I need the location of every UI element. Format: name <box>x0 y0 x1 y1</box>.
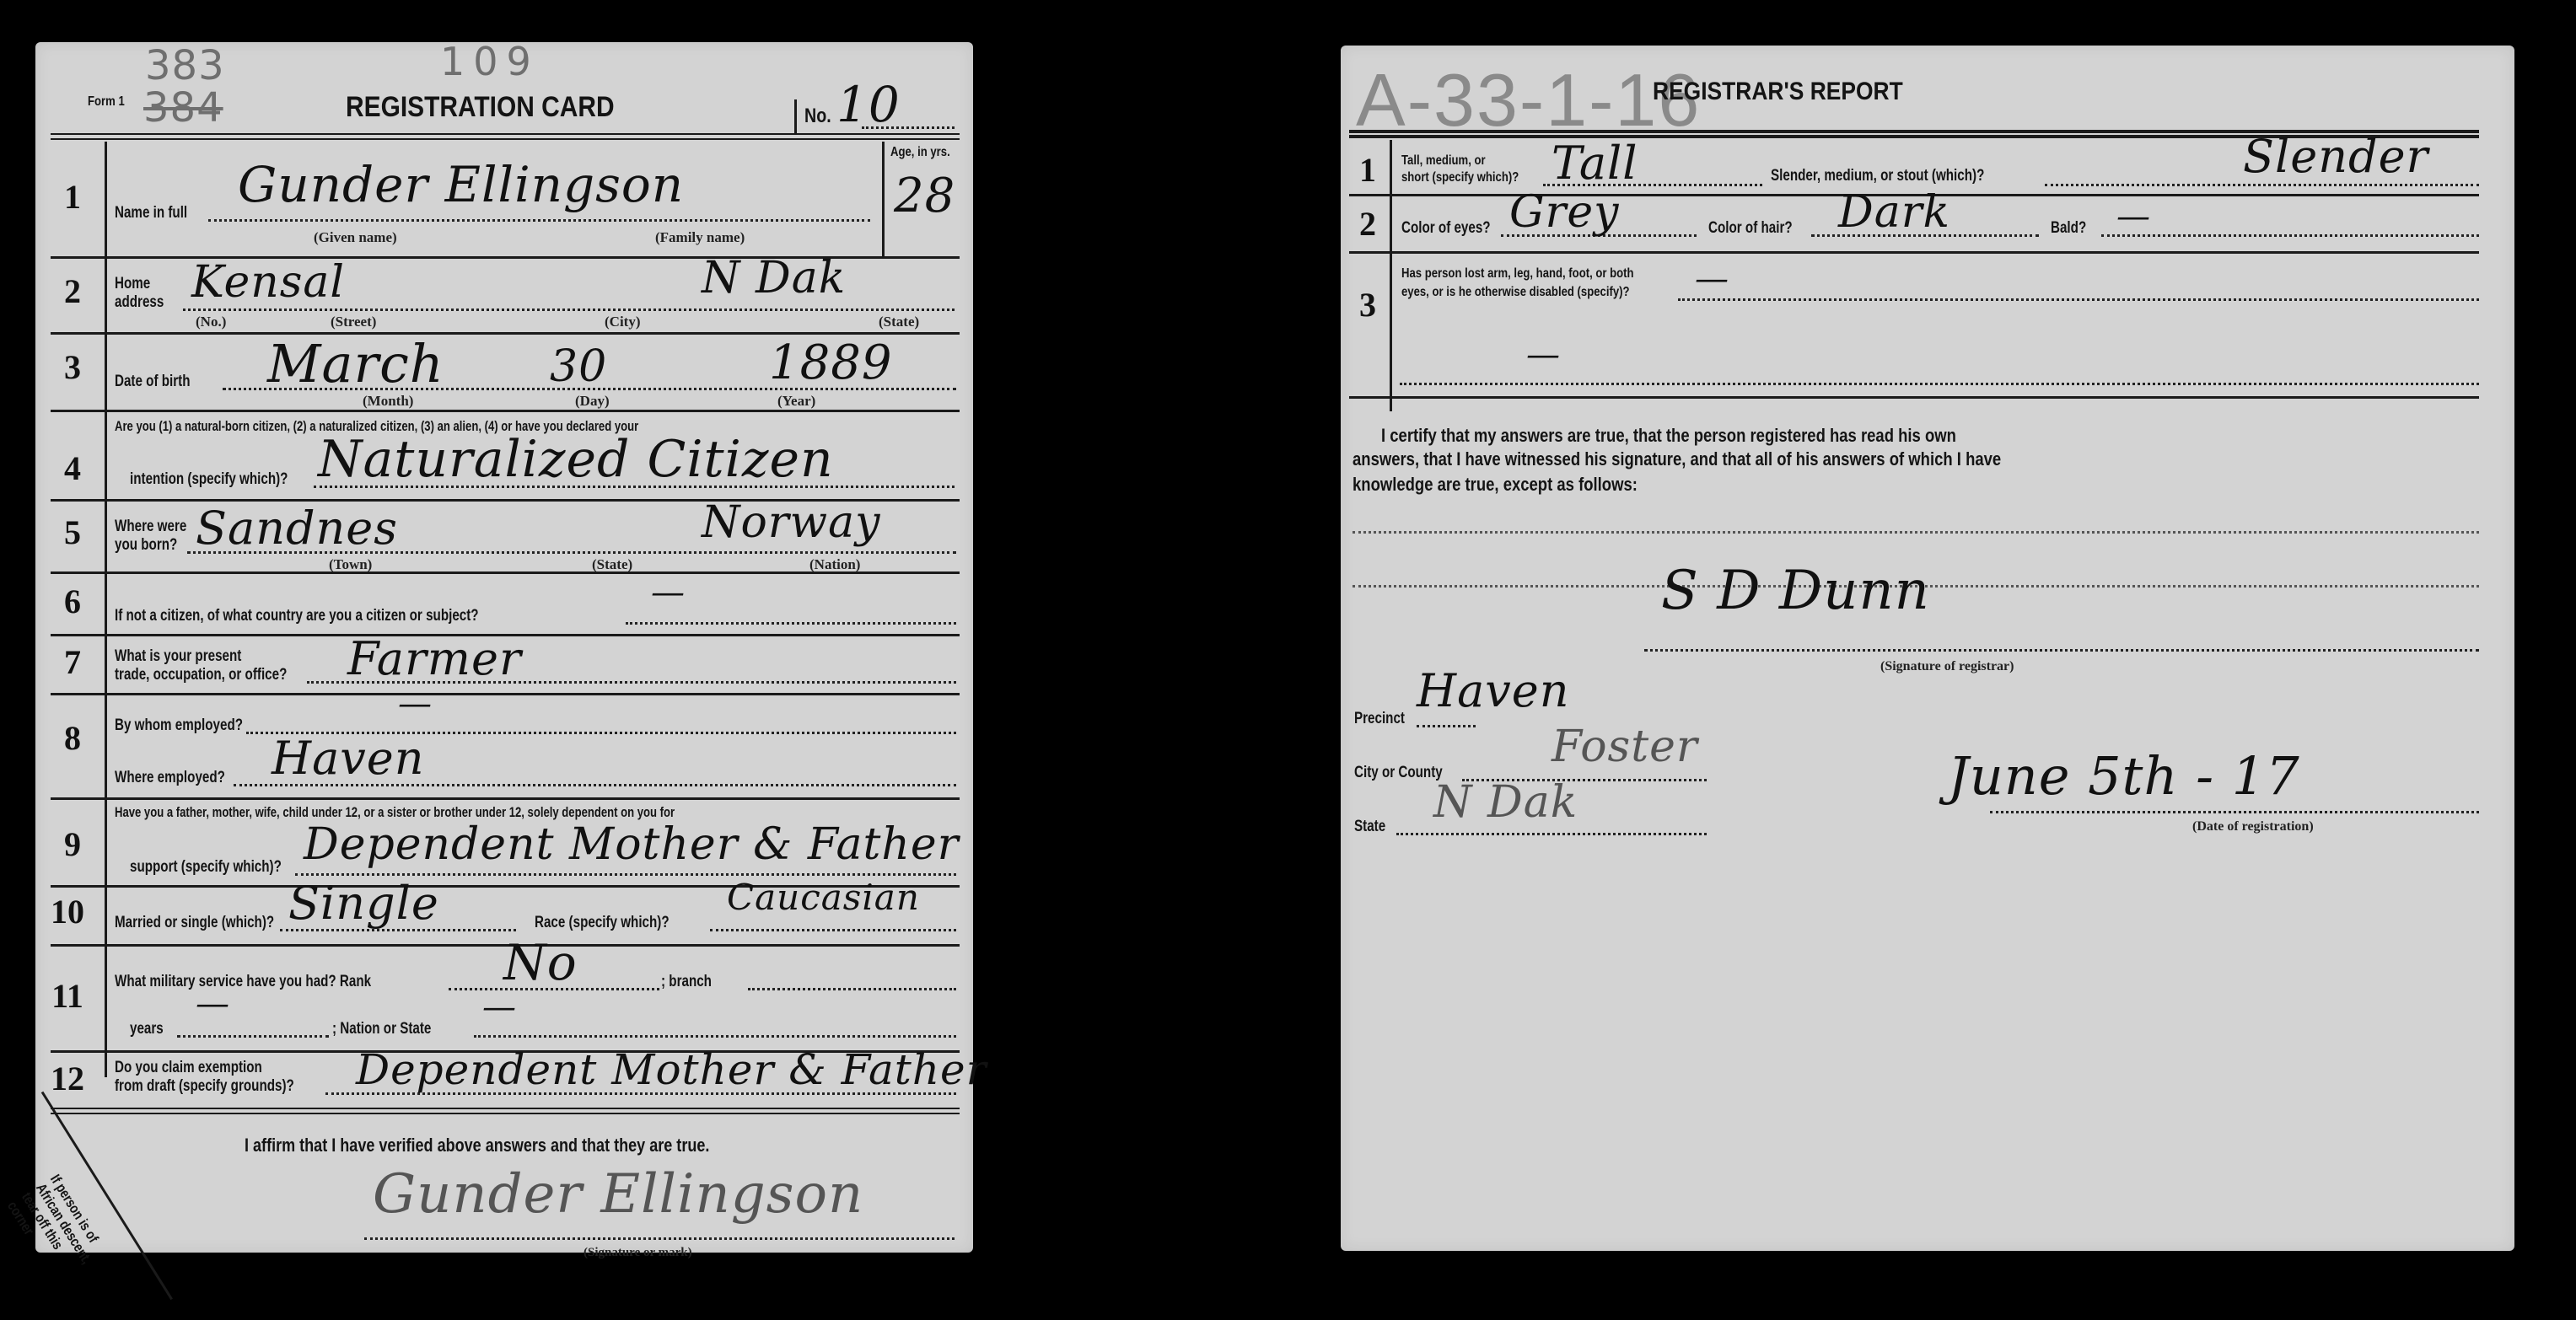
row-number: 8 <box>52 718 93 758</box>
marital-value: Single <box>288 877 439 930</box>
disability-value: — <box>1695 260 1729 298</box>
years-value: — <box>196 985 230 1023</box>
home-city-value: Kensal <box>191 257 345 308</box>
hair-color-label: Color of hair? <box>1708 219 1793 238</box>
home-address-label-2: address <box>115 293 164 312</box>
race-label: Race (specify which)? <box>535 914 670 932</box>
exemption-label: Do you claim exemption <box>115 1059 262 1077</box>
row-number: 2 <box>52 271 93 311</box>
disability-label-2: eyes, or is he otherwise disabled (speci… <box>1401 285 1630 300</box>
corner-number-struck: 384 <box>143 84 223 131</box>
nation-state-label: ; Nation or State <box>332 1020 431 1038</box>
exemption-label-2: from draft (specify grounds)? <box>115 1077 294 1096</box>
caption-no: (No.) <box>196 314 226 330</box>
row-number: 6 <box>52 582 93 621</box>
registration-number: 10 <box>836 76 901 133</box>
caption-city: (City) <box>605 314 640 330</box>
employer-label: By whom employed? <box>115 716 243 735</box>
row-number: 3 <box>52 347 93 387</box>
row-number: 1 <box>1347 150 1388 190</box>
employer-value: — <box>398 684 433 723</box>
caption-year: (Year) <box>777 393 815 410</box>
eye-color-label: Color of eyes? <box>1401 219 1491 238</box>
occupation-label: What is your present <box>115 647 241 666</box>
dependents-value: Dependent Mother & Father <box>304 819 959 870</box>
marital-label: Married or single (which)? <box>115 914 274 932</box>
registration-card: 383 384 109 Form 1 REGISTRATION CARD No.… <box>35 42 973 1253</box>
state-label: State <box>1354 818 1385 836</box>
certify-line-1: I certify that my answers are true, that… <box>1381 425 1956 447</box>
certify-line-3: knowledge are true, except as follows: <box>1353 474 1638 496</box>
precinct-value: Haven <box>1417 664 1570 717</box>
citizenship-label: intention (specify which)? <box>130 470 288 489</box>
not-citizen-label: If not a citizen, of what country are yo… <box>115 607 479 625</box>
nation-state-value: — <box>482 988 517 1027</box>
registration-date-value: June 5th - 17 <box>1948 745 2300 807</box>
no-label: No. <box>804 105 831 128</box>
report-title: REGISTRAR'S REPORT <box>1653 78 1903 106</box>
row-number: 9 <box>52 824 93 864</box>
dob-month: March <box>267 333 444 394</box>
affirmation-text: I affirm that I have verified above answ… <box>245 1135 709 1156</box>
age-label: Age, in yrs. <box>890 145 950 160</box>
caption-month: (Month) <box>363 393 413 410</box>
city-county-label: City or County <box>1354 764 1443 782</box>
registrars-report-card: A-33-1-16 REGISTRAR'S REPORT 1 Tall, med… <box>1341 46 2514 1251</box>
hair-color-value: Dark <box>1838 187 1950 238</box>
certify-line-2: answers, that I have witnessed his signa… <box>1353 448 2001 470</box>
caption-street: (Street) <box>331 314 376 330</box>
registration-date-caption: (Date of registration) <box>2192 819 2314 834</box>
military-rank-value: No <box>503 934 578 991</box>
card-title: REGISTRATION CARD <box>346 91 615 124</box>
row-number: 1 <box>52 177 93 217</box>
registrant-signature: Gunder Ellingson <box>373 1163 863 1226</box>
name-value: Gunder Ellingson <box>238 156 684 213</box>
height-label: Tall, medium, or <box>1401 153 1486 169</box>
state-value: N Dak <box>1433 777 1578 828</box>
height-value: Tall <box>1552 137 1638 190</box>
where-employed-value: Haven <box>272 732 425 785</box>
caption-birth-state: (State) <box>592 556 632 573</box>
bald-label: Bald? <box>2051 219 2086 238</box>
birth-nation: Norway <box>702 497 881 548</box>
caption-day: (Day) <box>575 393 610 410</box>
name-label: Name in full <box>115 204 187 223</box>
disability-label: Has person lost arm, leg, hand, foot, or… <box>1401 266 1634 282</box>
occupation-value: Farmer <box>347 632 522 685</box>
row-number: 10 <box>47 892 88 931</box>
build-label: Slender, medium, or stout (which)? <box>1771 167 1984 185</box>
dob-label: Date of birth <box>115 373 191 391</box>
dependents-label: support (specify which)? <box>130 858 282 877</box>
citizenship-value: Naturalized Citizen <box>318 430 834 489</box>
years-label: years <box>130 1020 164 1038</box>
caption-nation: (Nation) <box>809 556 860 573</box>
race-value: Caucasian <box>727 877 920 918</box>
home-state-value: N Dak <box>702 253 846 303</box>
caption-given-name: (Given name) <box>314 229 397 246</box>
bald-value: — <box>2116 197 2151 236</box>
registrar-caption: (Signature of registrar) <box>1880 659 2014 674</box>
row-number: 11 <box>47 976 88 1016</box>
city-county-value: Foster <box>1552 722 1698 772</box>
form-label: Form 1 <box>88 94 125 110</box>
top-number: 109 <box>440 39 540 84</box>
signature-caption: (Signature or mark) <box>583 1246 692 1260</box>
row-number: 4 <box>52 448 93 488</box>
build-value: Slender <box>2243 130 2428 183</box>
birth-town: Sandnes <box>196 502 398 555</box>
not-citizen-value: — <box>651 573 686 612</box>
occupation-label-2: trade, occupation, or office? <box>115 666 287 684</box>
disability-value-2: — <box>1526 335 1561 374</box>
row-number: 5 <box>52 512 93 552</box>
dob-day: 30 <box>550 341 607 392</box>
dob-year: 1889 <box>769 335 893 390</box>
exemption-value: Dependent Mother & Father <box>356 1045 987 1094</box>
row-number: 2 <box>1347 204 1388 244</box>
corner-number: 383 <box>145 42 225 89</box>
eye-color-value: Grey <box>1509 187 1620 238</box>
age-value: 28 <box>894 169 955 223</box>
where-employed-label: Where employed? <box>115 769 225 787</box>
registrar-signature: S D Dunn <box>1661 560 1930 622</box>
caption-state: (State) <box>879 314 919 330</box>
military-label: What military service have you had? Rank <box>115 973 371 991</box>
home-address-label: Home <box>115 275 150 293</box>
branch-label: ; branch <box>661 973 712 991</box>
caption-town: (Town) <box>329 556 372 573</box>
row-number: 3 <box>1347 285 1388 325</box>
birthplace-label: Where were <box>115 518 186 536</box>
precinct-label: Precinct <box>1354 710 1405 728</box>
birthplace-label-2: you born? <box>115 536 177 555</box>
dependents-question: Have you a father, mother, wife, child u… <box>115 804 675 821</box>
row-number: 12 <box>47 1059 88 1098</box>
row-number: 7 <box>52 642 93 682</box>
caption-family-name: (Family name) <box>655 229 745 246</box>
height-label-2: short (specify which)? <box>1401 170 1519 185</box>
